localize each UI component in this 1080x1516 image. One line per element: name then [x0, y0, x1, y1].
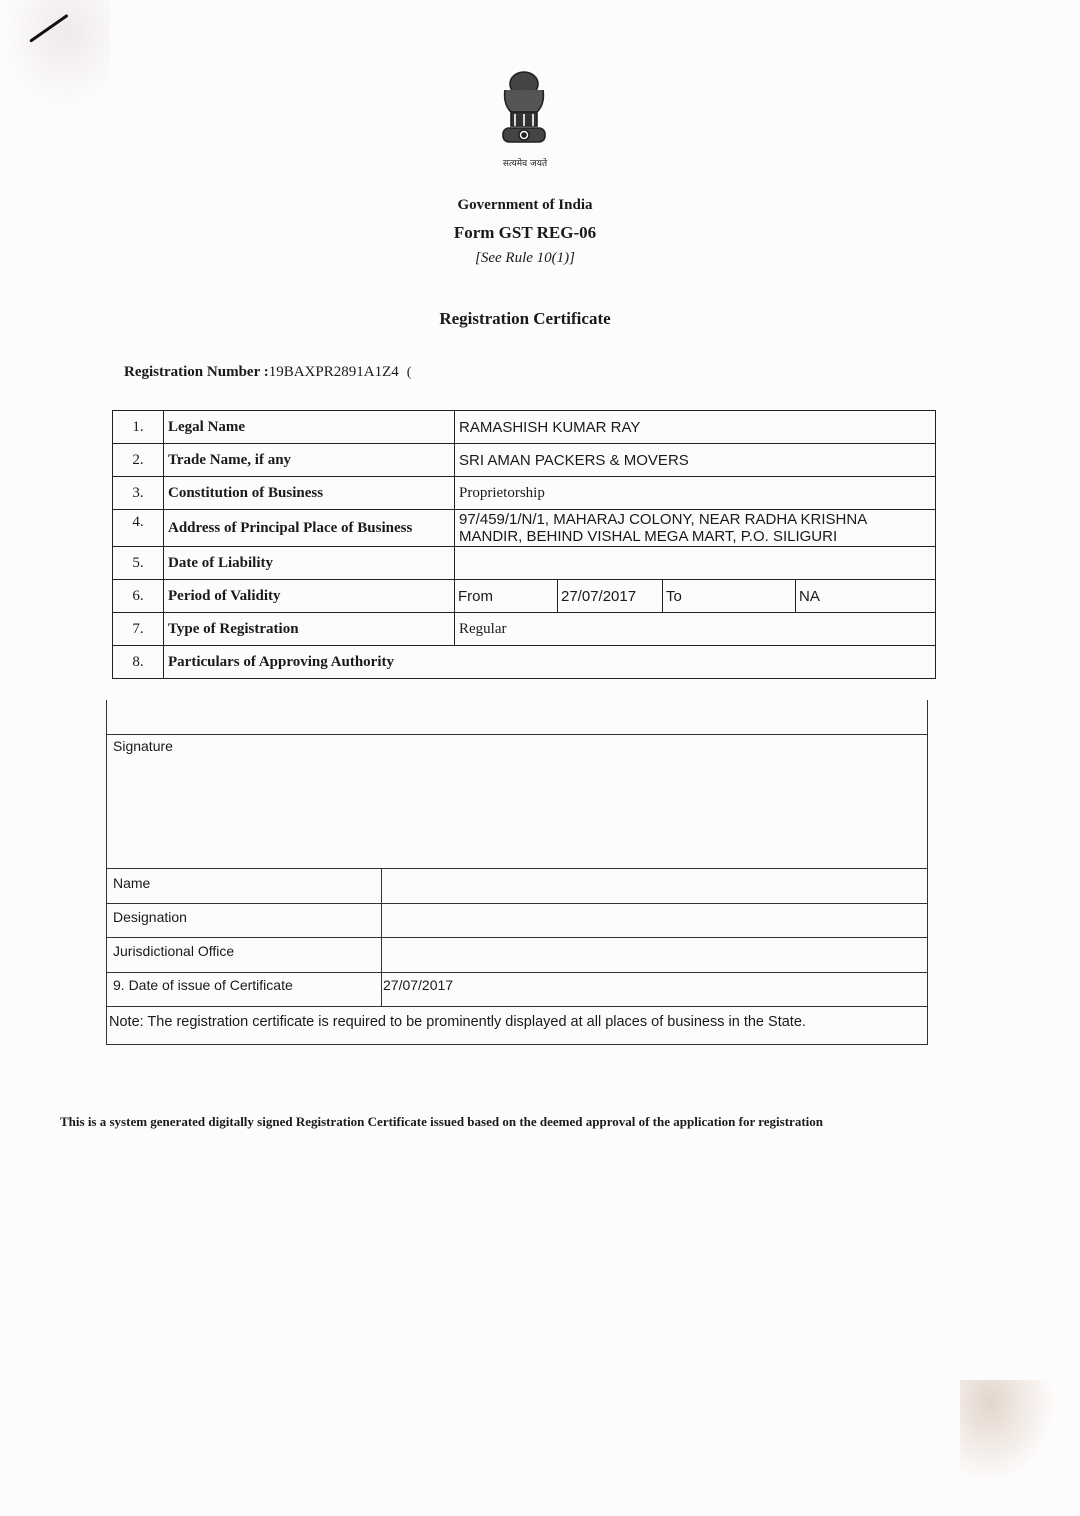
address-value: 97/459/1/N/1, MAHARAJ COLONY, NEAR RADHA… — [455, 510, 936, 547]
issue-date-value: 27/07/2017 — [381, 977, 453, 993]
table-row: 6. Period of Validity From 27/07/2017 To… — [113, 580, 936, 613]
name-label: Name — [113, 875, 150, 891]
row-label: Type of Registration — [164, 613, 455, 646]
date-of-liability-value — [455, 547, 936, 580]
display-note: Note: The registration certificate is re… — [109, 1014, 806, 1030]
row-divider — [107, 1006, 927, 1007]
registration-number-value: 19BAXPR2891A1Z4 — [269, 364, 399, 380]
trade-name-value: SRI AMAN PACKERS & MOVERS — [455, 444, 936, 477]
designation-label: Designation — [113, 909, 187, 925]
signature-label: Signature — [113, 738, 173, 754]
row-number: 5. — [113, 547, 164, 580]
row-label: Constitution of Business — [164, 477, 455, 510]
validity-from-label: From — [455, 580, 558, 612]
table-row: 2. Trade Name, if any SRI AMAN PACKERS &… — [113, 444, 936, 477]
approving-authority-block: Signature Name Designation Jurisdictiona… — [106, 700, 928, 1045]
certificate-title: Registration Certificate — [380, 309, 670, 329]
row-number: 8. — [113, 646, 164, 679]
table-row: 4. Address of Principal Place of Busines… — [113, 510, 936, 547]
row-number: 3. — [113, 477, 164, 510]
issue-date-label: 9. Date of issue of Certificate — [113, 977, 293, 993]
row-label: Date of Liability — [164, 547, 455, 580]
row-divider — [107, 868, 927, 869]
row-divider — [107, 972, 927, 973]
form-title: Form GST REG-06 — [380, 223, 670, 243]
row-label: Particulars of Approving Authority — [164, 646, 936, 679]
table-row: 1. Legal Name RAMASHISH KUMAR RAY — [113, 411, 936, 444]
rule-reference: [See Rule 10(1)] — [380, 250, 670, 267]
row-label: Legal Name — [164, 411, 455, 444]
row-divider — [107, 734, 927, 735]
row-divider — [107, 937, 927, 938]
table-row: 8. Particulars of Approving Authority — [113, 646, 936, 679]
registration-number: Registration Number :19BAXPR2891A1Z4( — [124, 364, 411, 381]
row-label: Address of Principal Place of Business — [164, 510, 455, 547]
registration-details-table: 1. Legal Name RAMASHISH KUMAR RAY 2. Tra… — [112, 410, 936, 679]
registration-type-value: Regular — [455, 613, 936, 646]
constitution-value: Proprietorship — [455, 477, 936, 510]
pen-tick-mark: ( — [407, 365, 412, 380]
paper-smudge — [0, 0, 110, 110]
row-number: 1. — [113, 411, 164, 444]
state-emblem-icon — [493, 68, 555, 156]
table-row: 3. Constitution of Business Proprietorsh… — [113, 477, 936, 510]
validity-to-date: NA — [796, 580, 936, 612]
paper-smudge — [960, 1380, 1060, 1490]
validity-from-date: 27/07/2017 — [558, 580, 663, 612]
validity-to-label: To — [663, 580, 796, 612]
registration-number-label: Registration Number : — [124, 364, 269, 380]
row-label: Period of Validity — [164, 580, 455, 613]
government-heading: Government of India — [380, 197, 670, 214]
period-of-validity-cell: From 27/07/2017 To NA — [455, 580, 936, 613]
table-row: 5. Date of Liability — [113, 547, 936, 580]
row-number: 7. — [113, 613, 164, 646]
system-generated-note: This is a system generated digitally sig… — [60, 1112, 920, 1132]
legal-name-value: RAMASHISH KUMAR RAY — [455, 411, 936, 444]
row-number: 6. — [113, 580, 164, 613]
validity-subtable: From 27/07/2017 To NA — [455, 580, 935, 612]
row-label: Trade Name, if any — [164, 444, 455, 477]
row-number: 2. — [113, 444, 164, 477]
table-row: 7. Type of Registration Regular — [113, 613, 936, 646]
row-divider — [107, 903, 927, 904]
row-number: 4. — [113, 510, 164, 547]
emblem-motto: सत्यमेव जयते — [480, 156, 570, 169]
column-divider — [381, 868, 382, 1006]
jurisdictional-office-label: Jurisdictional Office — [113, 943, 234, 959]
